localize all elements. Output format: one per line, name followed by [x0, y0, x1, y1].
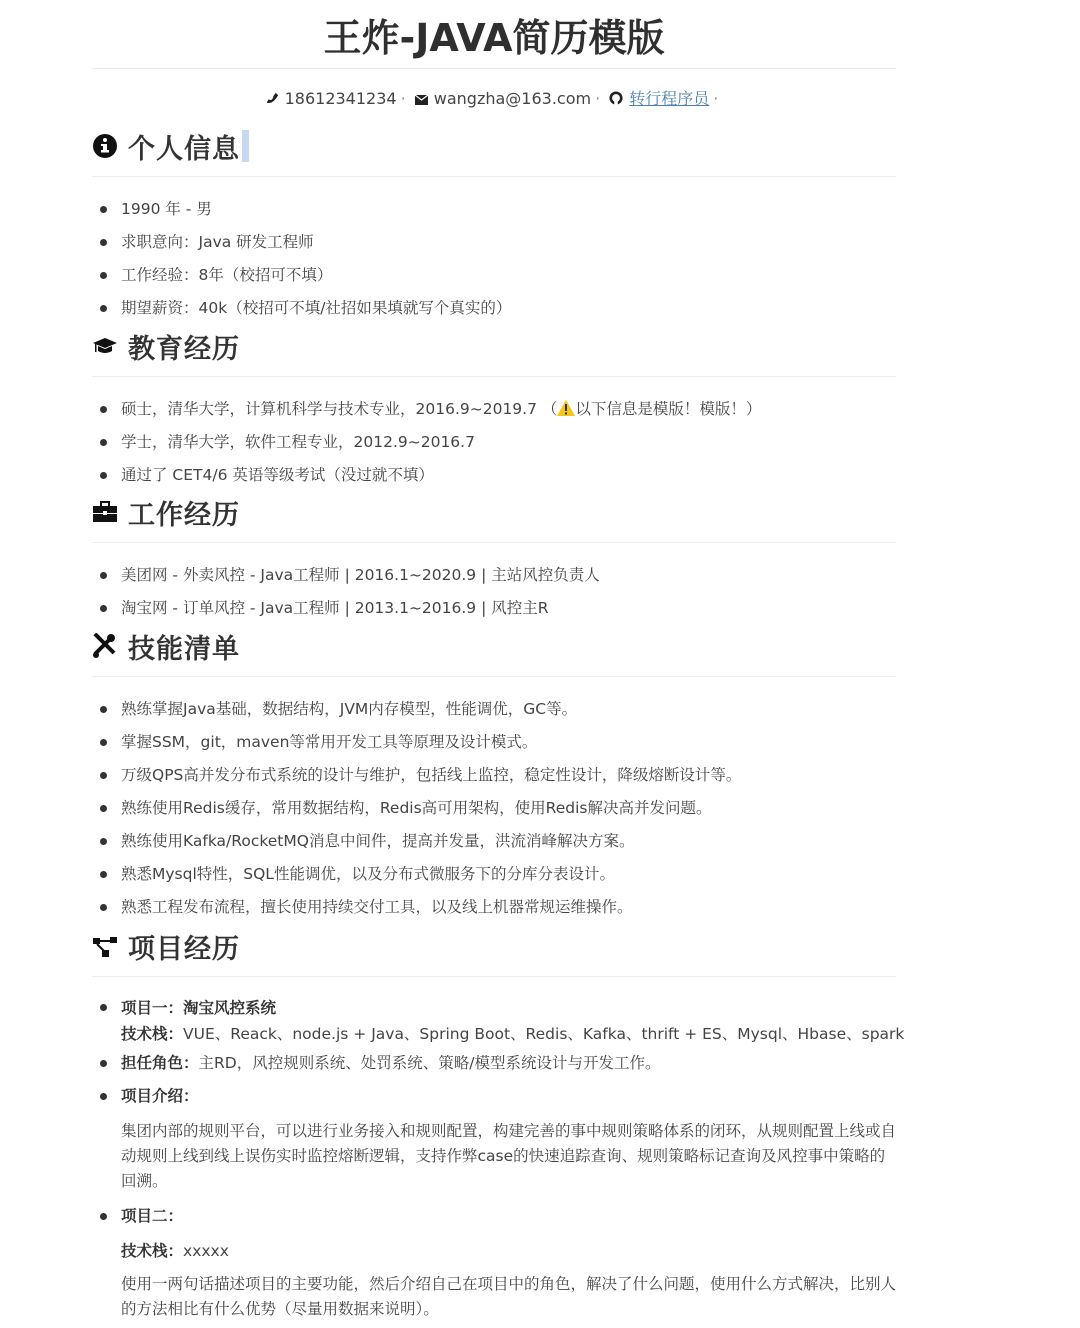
section-personal: 个人信息 1990 年 - 男 求职意向：Java 研发工程师 工作经验：8年（… [92, 126, 896, 325]
info-circle-icon [92, 133, 118, 159]
wrench-screwdriver-icon [92, 633, 118, 659]
section-title: 个人信息 [128, 127, 240, 166]
text-cursor [242, 130, 249, 162]
list-item: 通过了 CET4/6 英语等级考试（没过就不填） [92, 459, 896, 492]
project-2-desc: 使用一两句话描述项目的主要功能，然后介绍自己在项目中的角色，解决了什么问题，使用… [92, 1268, 896, 1322]
list-item: 万级QPS高并发分布式系统的设计与维护，包括线上监控，稳定性设计，降级熔断设计等… [92, 759, 896, 792]
project-intro: 项目介绍： [92, 1080, 896, 1113]
page-title: 王炸-JAVA简历模版 [92, 0, 896, 68]
section-title: 教育经历 [128, 327, 240, 366]
list-item: 求职意向：Java 研发工程师 [92, 226, 896, 259]
section-title: 项目经历 [128, 927, 240, 966]
list-item: 美团网 - 外卖风控 - Java工程师 | 2016.1~2020.9 | 主… [92, 559, 896, 592]
contact-line: 18612341234· wangzha@163.com· 转行程序员· [92, 87, 896, 111]
list-item: 学士，清华大学，软件工程专业，2012.9~2016.7 [92, 426, 896, 459]
list-item: 熟悉工程发布流程，擅长使用持续交付工具，以及线上机器常规运维操作。 [92, 891, 896, 924]
list-item: 熟练使用Kafka/RocketMQ消息中间件，提高并发量，洪流消峰解决方案。 [92, 825, 896, 858]
section-title: 工作经历 [128, 493, 240, 532]
project-role: 担任角色：主RD，风控规则系统、处罚系统、策略/模型系统设计与开发工作。 [92, 1047, 896, 1080]
list-item: 1990 年 - 男 [92, 193, 896, 226]
sitemap-icon [92, 933, 118, 959]
section-education: 教育经历 硕士，清华大学，计算机科学与技术专业，2016.9~2019.7 （以… [92, 326, 896, 492]
list-item: 期望薪资：40k（校招可不填/社招如果填就写个真实的） [92, 292, 896, 325]
project-intro-text: .nob::before{display:none} 集团内部的规则平台，可以进… [92, 1113, 896, 1194]
phone-icon [266, 88, 279, 112]
briefcase-icon [92, 499, 118, 525]
project-item-1: 项目一：淘宝风控系统 技术栈：VUE、Reack、node.js + Java、… [92, 991, 896, 1047]
envelope-icon [415, 88, 428, 112]
title-divider [92, 68, 896, 69]
graduation-cap-icon [92, 333, 118, 359]
project-item-2: 项目二： [92, 1200, 896, 1233]
list-item: 工作经验：8年（校招可不填） [92, 259, 896, 292]
phone-number: 18612341234 [285, 89, 397, 108]
section-skills: 技能清单 熟练掌握Java基础，数据结构，JVM内存模型，性能调优，GC等。 掌… [92, 626, 896, 924]
section-projects: 项目经历 项目一：淘宝风控系统 技术栈：VUE、Reack、node.js + … [92, 926, 896, 1322]
list-item: 熟练使用Redis缓存，常用数据结构，Redis高可用架构，使用Redis解决高… [92, 792, 896, 825]
github-link[interactable]: 转行程序员 [629, 89, 709, 108]
section-work: 工作经历 美团网 - 外卖风控 - Java工程师 | 2016.1~2020.… [92, 492, 896, 625]
warning-icon [557, 395, 575, 428]
project-2-stack: 技术栈：xxxxx [92, 1235, 896, 1268]
github-icon [609, 88, 623, 112]
resume-page: 王炸-JAVA简历模版 18612341234· wangzha@163.com… [92, 0, 896, 111]
email-link[interactable]: wangzha@163.com [434, 89, 591, 108]
list-item: 硕士，清华大学，计算机科学与技术专业，2016.9~2019.7 （以下信息是模… [92, 393, 896, 426]
list-item: 熟悉Mysql特性，SQL性能调优，以及分布式微服务下的分库分表设计。 [92, 858, 896, 891]
list-item: 掌握SSM，git，maven等常用开发工具等原理及设计模式。 [92, 726, 896, 759]
section-title: 技能清单 [128, 627, 240, 666]
list-item: 淘宝网 - 订单风控 - Java工程师 | 2013.1~2016.9 | 风… [92, 592, 896, 625]
list-item: 熟练掌握Java基础，数据结构，JVM内存模型，性能调优，GC等。 [92, 693, 896, 726]
